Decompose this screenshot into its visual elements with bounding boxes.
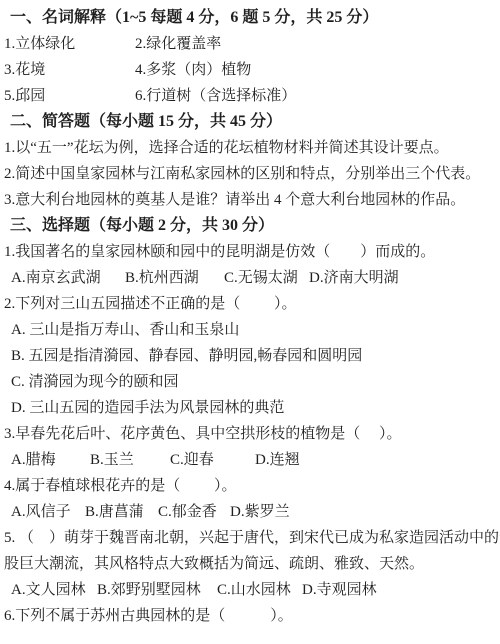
option-a: A.风信子: [11, 499, 85, 525]
mc-question-5-options: A.文人园林B.郊野别墅园林C.山水园林D.寺观园林: [0, 577, 500, 603]
term-item: 5.邱园: [4, 83, 135, 109]
mc-question-3: 3.早春先花后叶、花序黄色、具中空拱形枝的植物是（ ）。: [0, 421, 500, 447]
term-item: 4.多浆（肉）植物: [135, 62, 251, 78]
section1-heading: 一、名词解释（1~5 每题 4 分，6 题 5 分，共 25 分）: [0, 5, 500, 31]
option-a: A.南京玄武湖: [11, 265, 125, 291]
term-item: 3.花境: [4, 57, 135, 83]
short-answer-question-3: 3.意大利台地园林的奠基人是谁？请举出 4 个意大利台地园林的作品。: [0, 187, 500, 213]
mc-question-5-line1: 5. （ ）萌芽于魏晋南北朝，兴起于唐代，到宋代已成为私家造园活动中的一: [0, 525, 500, 551]
option-d: D.寺观园林: [302, 577, 377, 603]
term-row: 5.邱园6.行道树（含选择标准）: [0, 83, 500, 109]
option-a: A.腊梅: [11, 447, 90, 473]
option-c: C.无锡太湖: [224, 265, 309, 291]
mc-question-4: 4.属于春植球根花卉的是（ ）。: [0, 473, 500, 499]
term-item: 1.立体绿化: [4, 31, 135, 57]
mc-question-1: 1.我国著名的皇家园林颐和园中的昆明湖是仿效（ ）而成的。: [0, 239, 500, 265]
option-d: D.济南大明湖: [309, 265, 399, 291]
mc-question-2-option-a: A. 三山是指万寿山、香山和玉泉山: [0, 317, 500, 343]
option-a: A.文人园林: [11, 577, 97, 603]
section3-heading: 三、选择题（每小题 2 分，共 30 分）: [0, 213, 500, 239]
option-b: B.玉兰: [90, 447, 170, 473]
section2-heading: 二、简答题（每小题 15 分，共 45 分）: [0, 109, 500, 135]
option-b: B.唐菖蒲: [85, 499, 158, 525]
mc-question-1-options: A.南京玄武湖B.杭州西湖C.无锡太湖D.济南大明湖: [0, 265, 500, 291]
option-c: C.山水园林: [217, 577, 302, 603]
mc-question-2: 2.下列对三山五园描述不正确的是（ ）。: [0, 291, 500, 317]
mc-question-6: 6.下列不属于苏州古典园林的是（ ）。: [0, 603, 500, 629]
mc-question-3-options: A.腊梅B.玉兰C.迎春D.连翘: [0, 447, 500, 473]
term-row: 3.花境4.多浆（肉）植物: [0, 57, 500, 83]
option-b: B.郊野别墅园林: [97, 577, 217, 603]
option-c: C.迎春: [170, 447, 255, 473]
mc-question-5-line2: 股巨大潮流，其风格特点大致概括为简远、疏朗、雅致、天然。: [0, 551, 500, 577]
short-answer-question-1: 1.以“五一”花坛为例，选择合适的花坛植物材料并简述其设计要点。: [0, 135, 500, 161]
option-d: D.紫罗兰: [230, 499, 290, 525]
option-c: C.郁金香: [158, 499, 230, 525]
term-row: 1.立体绿化2.绿化覆盖率: [0, 31, 500, 57]
term-item: 6.行道树（含选择标准）: [135, 88, 296, 104]
mc-question-2-option-b: B. 五园是指清漪园、静春园、静明园,畅春园和圆明园: [0, 343, 500, 369]
short-answer-question-2: 2.简述中国皇家园林与江南私家园林的区别和特点，分别举出三个代表。: [0, 161, 500, 187]
mc-question-2-option-d: D. 三山五园的造园手法为风景园林的典范: [0, 395, 500, 421]
mc-question-4-options: A.风信子B.唐菖蒲C.郁金香D.紫罗兰: [0, 499, 500, 525]
mc-question-2-option-c: C. 清漪园为现今的颐和园: [0, 369, 500, 395]
option-b: B.杭州西湖: [125, 265, 224, 291]
term-item: 2.绿化覆盖率: [135, 36, 221, 52]
exam-paper: 一、名词解释（1~5 每题 4 分，6 题 5 分，共 25 分） 1.立体绿化…: [0, 0, 500, 644]
option-d: D.连翘: [255, 447, 300, 473]
